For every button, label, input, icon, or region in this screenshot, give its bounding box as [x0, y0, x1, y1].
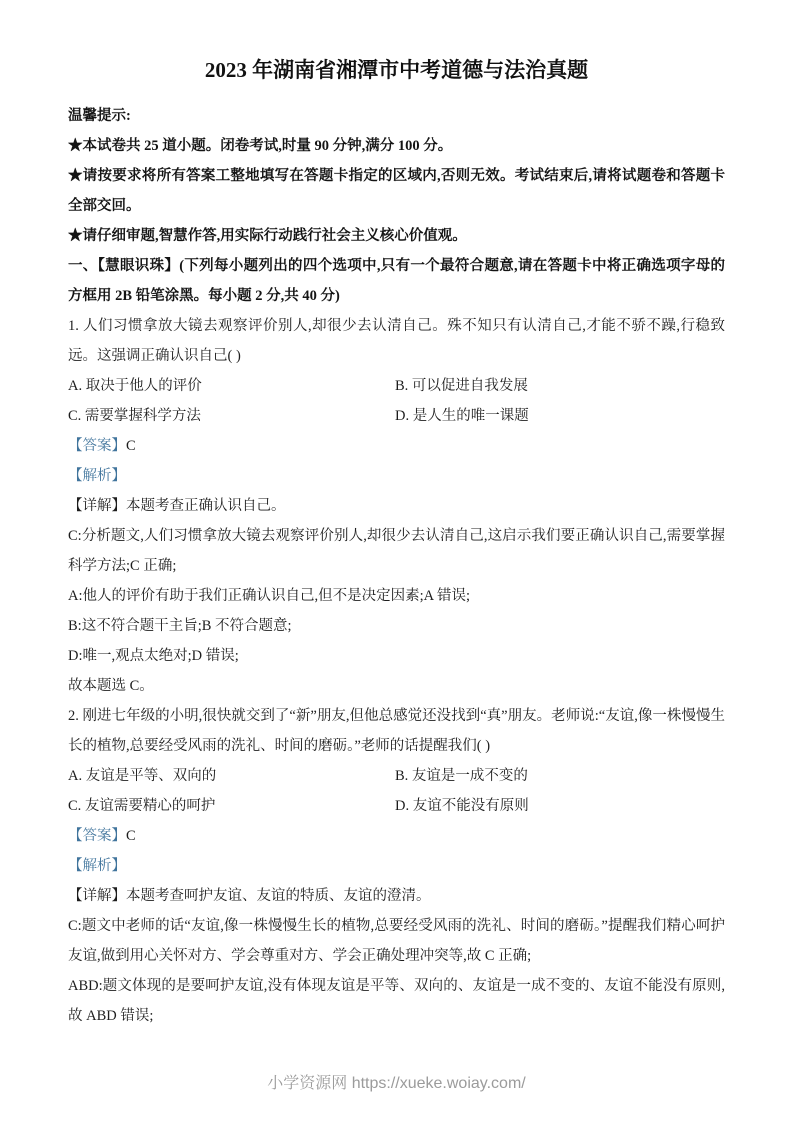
question-2-answer-row: 【答案】C — [68, 821, 725, 851]
answer-value: C — [126, 438, 136, 454]
question-1-explain-d: D:唯一,观点太绝对;D 错误; — [68, 641, 725, 671]
question-1-analysis-label: 【解析】 — [68, 461, 725, 491]
tip-line-2: ★请按要求将所有答案工整地填写在答题卡指定的区域内,否则无效。考试结束后,请将试… — [68, 161, 725, 221]
question-2-analysis-label: 【解析】 — [68, 851, 725, 881]
question-2-option-b: B. 友谊是一成不变的 — [395, 761, 725, 791]
exam-title: 2023 年湖南省湘潭市中考道德与法治真题 — [68, 54, 725, 87]
question-2-option-c: C. 友谊需要精心的呵护 — [68, 791, 395, 821]
question-2-stem: 2. 刚进七年级的小明,很快就交到了“新”朋友,但他总感觉还没找到“真”朋友。老… — [68, 701, 725, 761]
question-2-option-a: A. 友谊是平等、双向的 — [68, 761, 395, 791]
tips-header: 温馨提示: — [68, 101, 725, 131]
question-1-conclusion: 故本题选 C。 — [68, 671, 725, 701]
question-1-stem: 1. 人们习惯拿放大镜去观察评价别人,却很少去认清自己。殊不知只有认清自己,才能… — [68, 311, 725, 371]
answer-label: 【答案】 — [68, 828, 126, 844]
question-1-explain-a: A:他人的评价有助于我们正确认识自己,但不是决定因素;A 错误; — [68, 581, 725, 611]
question-1-explain-b: B:这不符合题干主旨;B 不符合题意; — [68, 611, 725, 641]
question-1-explain-c: C:分析题文,人们习惯拿放大镜去观察评价别人,却很少去认清自己,这启示我们要正确… — [68, 521, 725, 581]
question-2-explain-abd: ABD:题文体现的是要呵护友谊,没有体现友谊是平等、双向的、友谊是一成不变的、友… — [68, 971, 725, 1031]
question-1-option-b: B. 可以促进自我发展 — [395, 371, 725, 401]
tip-line-1: ★本试卷共 25 道小题。闭卷考试,时量 90 分钟,满分 100 分。 — [68, 131, 725, 161]
question-1-option-d: D. 是人生的唯一课题 — [395, 401, 725, 431]
question-1-answer-row: 【答案】C — [68, 431, 725, 461]
question-1-option-a: A. 取决于他人的评价 — [68, 371, 395, 401]
question-2-option-d: D. 友谊不能没有原则 — [395, 791, 725, 821]
section-header: 一、【慧眼识珠】(下列每小题列出的四个选项中,只有一个最符合题意,请在答题卡中将… — [68, 251, 725, 311]
question-1-options: A. 取决于他人的评价 B. 可以促进自我发展 C. 需要掌握科学方法 D. 是… — [68, 371, 725, 431]
question-1-detail-line: 【详解】本题考查正确认识自己。 — [68, 491, 725, 521]
question-2-detail-line: 【详解】本题考查呵护友谊、友谊的特质、友谊的澄清。 — [68, 881, 725, 911]
question-2-options: A. 友谊是平等、双向的 B. 友谊是一成不变的 C. 友谊需要精心的呵护 D.… — [68, 761, 725, 821]
answer-value: C — [126, 828, 136, 844]
exam-document-page: 2023 年湖南省湘潭市中考道德与法治真题 温馨提示: ★本试卷共 25 道小题… — [0, 0, 793, 1122]
answer-label: 【答案】 — [68, 438, 126, 454]
question-1-option-c: C. 需要掌握科学方法 — [68, 401, 395, 431]
footer-watermark: 小学资源网 https://xueke.woiay.com/ — [0, 1074, 793, 1094]
tip-line-3: ★请仔细审题,智慧作答,用实际行动践行社会主义核心价值观。 — [68, 221, 725, 251]
question-2-explain-c: C:题文中老师的话“友谊,像一株慢慢生长的植物,总要经受风雨的洗礼、时间的磨砺。… — [68, 911, 725, 971]
